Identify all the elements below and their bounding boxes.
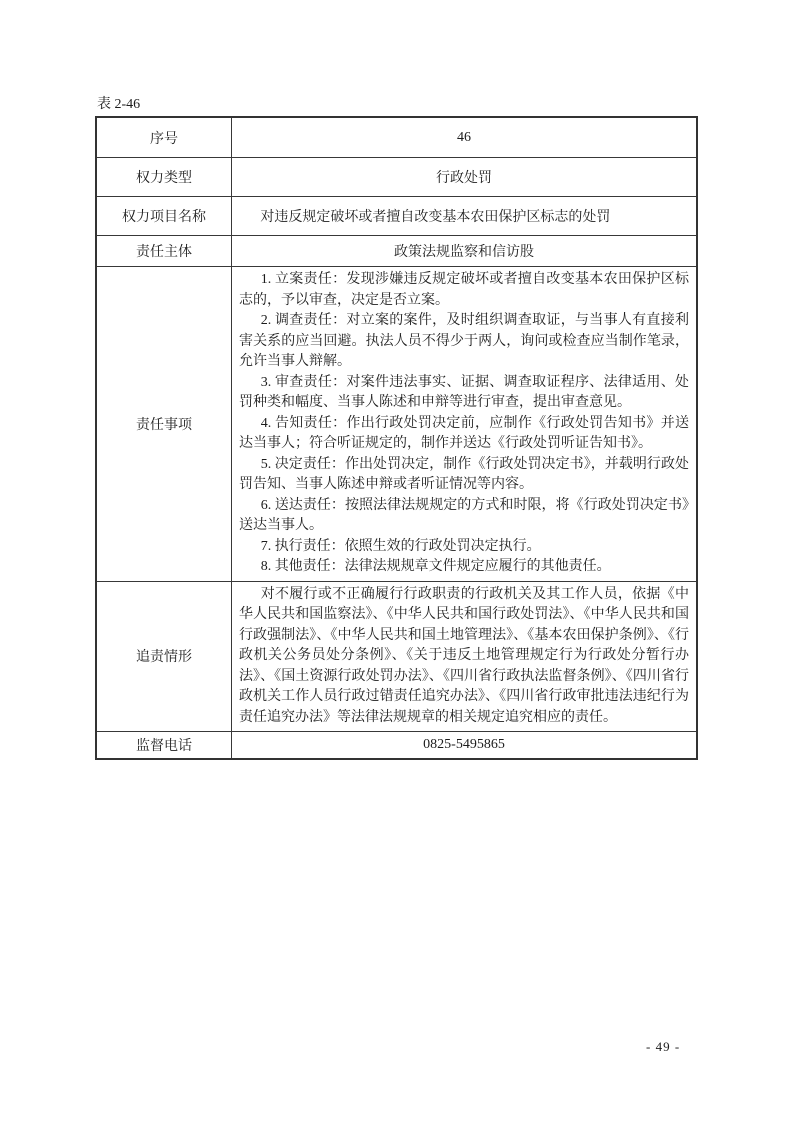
table-row: 责任事项 1. 立案责任：发现涉嫌违反规定破坏或者擅自改变基本农田保护区标志的，… bbox=[96, 267, 697, 582]
responsibility-item-2: 2. 调查责任：对立案的案件，及时组织调查取证，与当事人有直接利害关系的应当回避… bbox=[239, 311, 689, 373]
table-row: 权力类型 行政处罚 bbox=[96, 158, 697, 197]
table-row: 权力项目名称 对违反规定破坏或者擅自改变基本农田保护区标志的处罚 bbox=[96, 197, 697, 236]
row-label-supervision-phone: 监督电话 bbox=[96, 732, 232, 760]
row-value-responsibility-items: 1. 立案责任：发现涉嫌违反规定破坏或者擅自改变基本农田保护区标志的，予以审查，… bbox=[232, 267, 698, 582]
row-label-responsible-entity: 责任主体 bbox=[96, 236, 232, 267]
accountability-paragraph: 对不履行或不正确履行行政职责的行政机关及其工作人员，依据《中华人民共和国监察法》… bbox=[239, 585, 689, 729]
row-value-power-item-name: 对违反规定破坏或者擅自改变基本农田保护区标志的处罚 bbox=[232, 197, 698, 236]
row-value-power-type: 行政处罚 bbox=[232, 158, 698, 197]
table-row: 序号 46 bbox=[96, 117, 697, 158]
power-item-table: 序号 46 权力类型 行政处罚 权力项目名称 对违反规定破坏或者擅自改变基本农田… bbox=[95, 116, 698, 760]
responsibility-item-5: 5. 决定责任：作出处罚决定，制作《行政处罚决定书》，并载明行政处罚告知、当事人… bbox=[239, 455, 689, 496]
table-block: 表 2-46 序号 46 权力类型 行政处罚 权力项目名称 对违反规定破坏或者擅… bbox=[95, 96, 698, 760]
responsibility-item-6: 6. 送达责任：按照法律法规规定的方式和时限，将《行政处罚决定书》送达当事人。 bbox=[239, 496, 689, 537]
responsibility-item-7: 7. 执行责任：依照生效的行政处罚决定执行。 bbox=[239, 537, 689, 558]
row-value-supervision-phone: 0825-5495865 bbox=[232, 732, 698, 760]
row-value-accountability-situations: 对不履行或不正确履行行政职责的行政机关及其工作人员，依据《中华人民共和国监察法》… bbox=[232, 581, 698, 732]
table-row: 监督电话 0825-5495865 bbox=[96, 732, 697, 760]
responsibility-item-3: 3. 审查责任：对案件违法事实、证据、调查取证程序、法律适用、处罚种类和幅度、当… bbox=[239, 373, 689, 414]
page-number: - 49 - bbox=[646, 1039, 680, 1055]
row-value-serial-number: 46 bbox=[232, 117, 698, 158]
table-row: 责任主体 政策法规监察和信访股 bbox=[96, 236, 697, 267]
table-row: 追责情形 对不履行或不正确履行行政职责的行政机关及其工作人员，依据《中华人民共和… bbox=[96, 581, 697, 732]
responsibility-item-4: 4. 告知责任：作出行政处罚决定前，应制作《行政处罚告知书》并送达当事人；符合听… bbox=[239, 414, 689, 455]
row-label-power-type: 权力类型 bbox=[96, 158, 232, 197]
table-caption: 表 2-46 bbox=[97, 96, 698, 113]
row-label-responsibility-items: 责任事项 bbox=[96, 267, 232, 582]
document-page: 表 2-46 序号 46 权力类型 行政处罚 权力项目名称 对违反规定破坏或者擅… bbox=[0, 0, 793, 1122]
responsibility-item-8: 8. 其他责任：法律法规规章文件规定应履行的其他责任。 bbox=[239, 557, 689, 578]
responsibility-item-1: 1. 立案责任：发现涉嫌违反规定破坏或者擅自改变基本农田保护区标志的，予以审查，… bbox=[239, 270, 689, 311]
row-label-accountability-situations: 追责情形 bbox=[96, 581, 232, 732]
row-value-responsible-entity: 政策法规监察和信访股 bbox=[232, 236, 698, 267]
row-label-serial-number: 序号 bbox=[96, 117, 232, 158]
row-label-power-item-name: 权力项目名称 bbox=[96, 197, 232, 236]
